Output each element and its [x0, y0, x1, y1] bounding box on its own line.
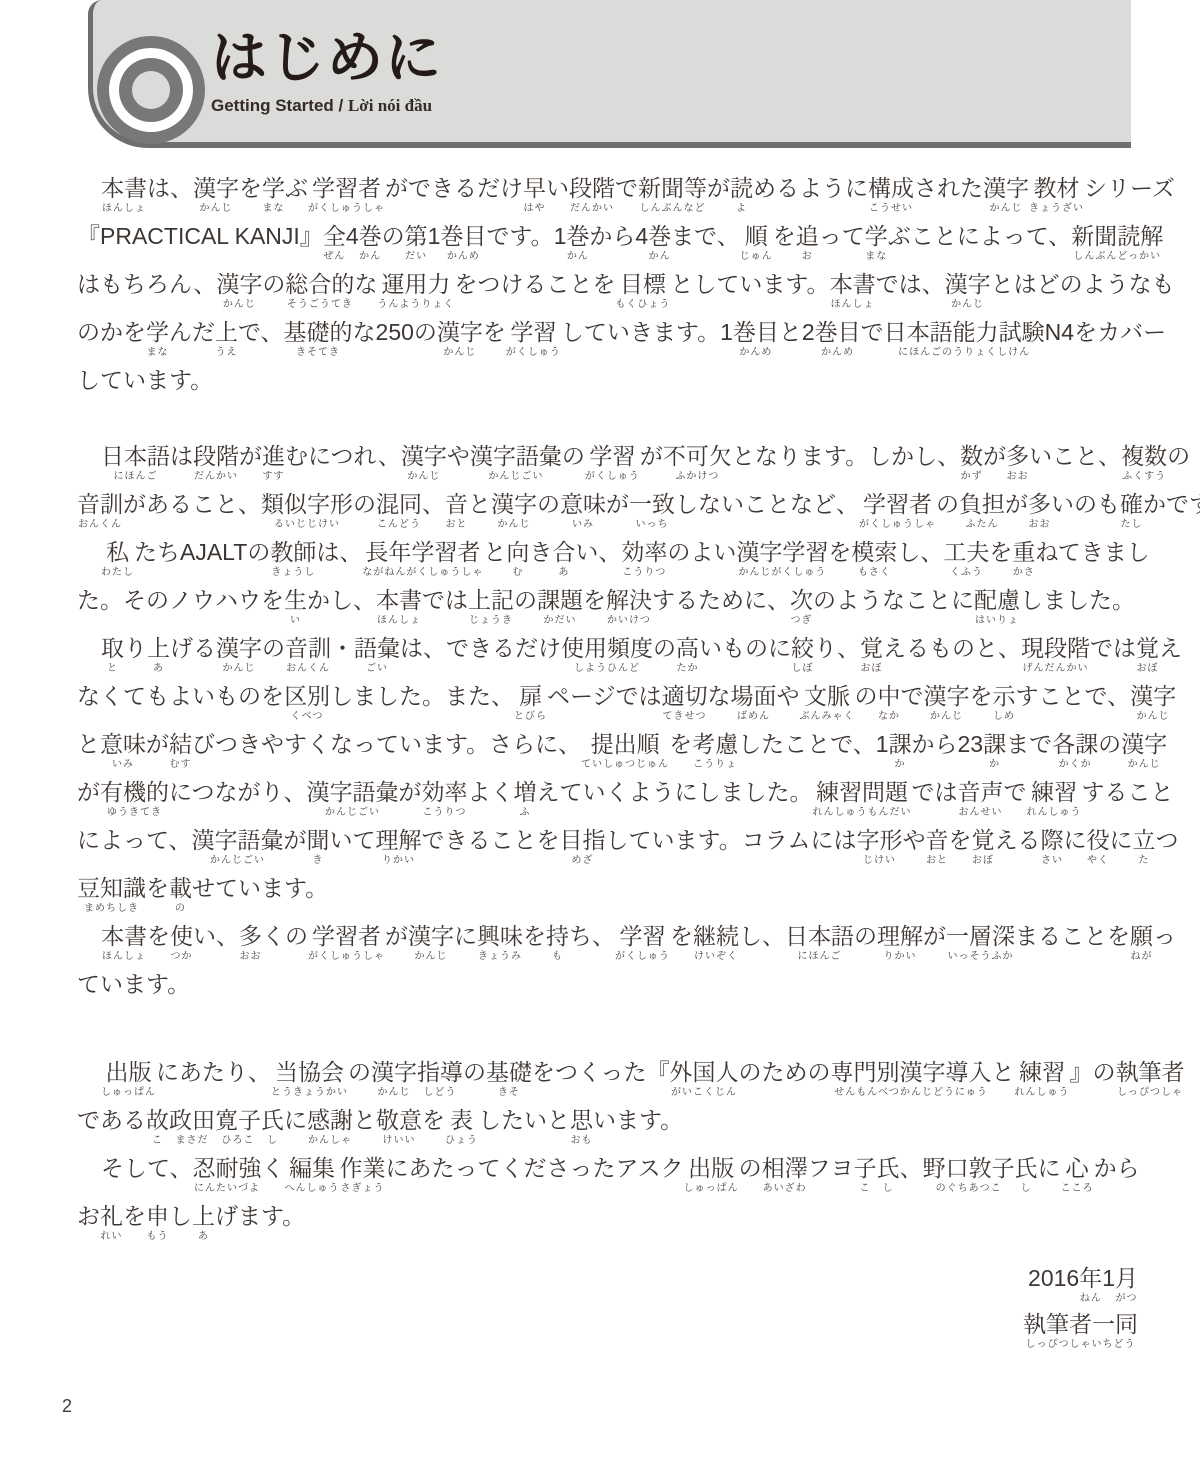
text-line: のかを学まなんだ上うえで、基礎的きそてきな250の漢字かんじを学習がくしゅうして… — [77, 318, 1142, 366]
ruby-segment: 漢字かんじ — [983, 174, 1029, 214]
text-segment: や — [777, 682, 800, 710]
text-segment: げる — [170, 634, 216, 662]
ruby-segment: 漢字学習かんじがくしゅう — [736, 538, 828, 578]
ruby-segment: 合あ — [552, 538, 575, 578]
text-segment: って — [819, 222, 865, 250]
ruby-segment: 混同こんどう — [376, 490, 422, 530]
ruby-segment: 課か — [889, 730, 912, 770]
text-segment: は、 — [316, 538, 362, 566]
text-segment: 、 — [900, 1154, 923, 1182]
ruby-segment: 適切てきせつ — [662, 682, 708, 722]
text-segment: と2 — [779, 318, 815, 346]
ruby-segment: 年ねん — [1079, 1264, 1102, 1304]
text-segment: では — [422, 586, 468, 614]
ruby-segment: 音おと — [445, 490, 468, 530]
text-segment: い、 — [193, 922, 239, 950]
page-title: はじめに — [211, 28, 443, 88]
text-segment: しました。また、 — [330, 682, 514, 710]
text-segment: です。1 — [486, 222, 566, 250]
text-segment: お — [77, 1202, 100, 1230]
text-line: 日本語にほんごは段階だんかいが進すすむにつれ、漢字かんじや漢字語彙かんじごいの学… — [77, 442, 1142, 490]
text-segment: を — [670, 922, 693, 950]
ruby-segment: 区別くべつ — [284, 682, 330, 722]
ruby-segment: 学習がくしゅう — [506, 318, 561, 358]
ruby-segment: 現段階げんだんかい — [1021, 634, 1090, 674]
ruby-segment: 編集へんしゅう — [285, 1154, 340, 1194]
ruby-segment: 上あ — [147, 634, 170, 674]
text-segment: が — [640, 442, 663, 470]
ruby-segment: 氏し — [877, 1154, 900, 1194]
text-segment: な — [708, 682, 731, 710]
text-segment: の — [514, 586, 537, 614]
text-segment: の — [382, 222, 405, 250]
ruby-segment: 中なか — [878, 682, 901, 722]
ruby-segment: 巻かん — [566, 222, 589, 262]
text-line: によって、漢字語彙かんじごいが聞きいて理解りかいできることを目指めざしています。… — [77, 826, 1142, 874]
ruby-segment: 漢字かんじ — [371, 1058, 417, 1098]
ruby-segment: 文脈ぶんみゃく — [800, 682, 855, 722]
ruby-segment: 巻かん — [648, 222, 671, 262]
ruby-segment: 確たし — [1120, 490, 1143, 530]
ruby-segment: 早はや — [523, 174, 546, 214]
text-line: 2016年ねん1月がつ — [77, 1264, 1138, 1310]
text-segment: したいと — [478, 1106, 570, 1134]
ruby-segment: 意味いみ — [560, 490, 606, 530]
text-segment: のよい — [667, 538, 736, 566]
text-line: 本書ほんしょは、漢字かんじを学まなぶ学習者がくしゅうしゃができるだけ早はやい段階… — [77, 174, 1142, 222]
ruby-segment: 取と — [101, 634, 124, 674]
text-segment: の — [353, 490, 376, 518]
text-segment: で — [901, 682, 924, 710]
text-segment: むにつれ、 — [285, 442, 401, 470]
ruby-segment: 本書ほんしょ — [101, 174, 147, 214]
ruby-segment: 追お — [796, 222, 819, 262]
ruby-segment: 巻目かんめ — [815, 318, 861, 358]
ruby-segment: 漢字かんじ — [408, 922, 454, 962]
ruby-segment: 示しめ — [993, 682, 1016, 722]
text-segment: を — [989, 538, 1012, 566]
ruby-segment: 上記じょうき — [468, 586, 514, 626]
ruby-segment: 漢字語彙かんじごい — [192, 826, 284, 866]
text-line: なくてもよいものを区別くべつしました。また、扉とびらページでは適切てきせつな場面… — [77, 682, 1142, 730]
ruby-segment: 長年学習者ながねんがくしゅうしゃ — [362, 538, 483, 578]
ruby-segment: 漢字かんじ — [945, 270, 991, 310]
text-segment: を — [828, 538, 851, 566]
text-segment: にあたってくださったアスク — [386, 1154, 684, 1182]
text-segment: が — [983, 442, 1006, 470]
ruby-segment: 目標もくひょう — [615, 270, 670, 310]
ruby-segment: 新聞等しんぶんなど — [638, 174, 707, 214]
ruby-segment: 向む — [506, 538, 529, 578]
ruby-segment: 礼れい — [100, 1202, 123, 1242]
text-line: 本書ほんしょを使つかい、多おおくの学習者がくしゅうしゃが漢字かんじに興味きょうみ… — [77, 922, 1142, 970]
text-segment: 4 — [346, 222, 359, 250]
text-segment: の — [653, 634, 676, 662]
ruby-segment: 運用力うんようりょく — [377, 270, 454, 310]
text-segment: くの — [262, 922, 308, 950]
text-segment: を — [422, 1106, 445, 1134]
text-segment: し、 — [897, 538, 943, 566]
ruby-segment: 作業さぎょう — [340, 1154, 386, 1194]
text-segment: の — [855, 682, 878, 710]
ruby-segment: 複数ふくすう — [1121, 442, 1167, 482]
text-segment: は、できるだけ — [400, 634, 561, 662]
text-segment: しないことなど、 — [675, 490, 859, 518]
ruby-segment: 漢字かんじ — [1130, 682, 1176, 722]
text-segment: 』の — [1070, 1058, 1116, 1086]
ruby-segment: 本書ほんしょ — [101, 922, 147, 962]
ruby-segment: 外国人がいこくじん — [670, 1058, 739, 1098]
ruby-segment: 一層深いっそうふか — [946, 922, 1015, 962]
ruby-segment: 巻かん — [359, 222, 382, 262]
text-line: お礼れいを申もうし上あげます。 — [77, 1202, 1142, 1250]
text-segment: っ — [1153, 922, 1176, 950]
text-segment: を — [669, 730, 692, 758]
text-segment: から23 — [912, 730, 984, 758]
text-segment: の — [562, 442, 585, 470]
ruby-segment: 目指めざ — [560, 826, 606, 866]
text-segment: よく — [468, 778, 514, 806]
ruby-segment: 継続けいぞく — [693, 922, 739, 962]
ruby-segment: 日本語にほんご — [785, 922, 854, 962]
text-segment: が — [284, 826, 307, 854]
text-segment: N4をカバー — [1045, 318, 1166, 346]
text-line: た。そのノウハウを生いかし、本書ほんしょでは上記じょうきの課題かだいを解決かいけ… — [77, 586, 1142, 634]
text-segment: を — [523, 922, 546, 950]
text-segment: で — [615, 174, 638, 202]
double-circle-icon — [97, 36, 205, 144]
text-segment: が — [923, 922, 946, 950]
text-segment: に — [1063, 826, 1086, 854]
text-segment: な — [354, 270, 377, 298]
ruby-segment: 全ぜん — [323, 222, 346, 262]
ruby-segment: 教師きょうし — [270, 538, 316, 578]
ruby-segment: 思おも — [570, 1106, 593, 1146]
ruby-segment: 氏し — [261, 1106, 284, 1146]
ruby-segment: 解決かいけつ — [606, 586, 652, 626]
text-segment: しています。 — [77, 366, 213, 394]
text-segment: を — [146, 874, 169, 902]
ruby-segment: 学習がくしゅう — [585, 442, 640, 482]
ruby-segment: 学まな — [262, 174, 285, 214]
text-segment: が — [385, 922, 408, 950]
text-segment: います。 — [593, 1106, 683, 1134]
text-segment: があること、 — [123, 490, 261, 518]
text-segment: が — [146, 730, 169, 758]
ruby-segment: 上うえ — [215, 318, 238, 358]
ruby-segment: 提出順ていしゅつじゅん — [581, 730, 669, 770]
ruby-segment: 漢字かんじ — [193, 174, 239, 214]
ruby-segment: 増ふ — [514, 778, 537, 818]
ruby-segment: 扉とびら — [514, 682, 547, 722]
text-segment: である — [77, 1106, 146, 1134]
text-segment: では — [912, 778, 958, 806]
ruby-segment: 結むす — [169, 730, 192, 770]
ruby-segment: 政田まさだ — [169, 1106, 215, 1146]
double-circle-icon-white-ring — [109, 48, 193, 132]
text-line: 出版しゅっぱんにあたり、当協会とうきょうかいの漢字かんじ指導しどうの基礎きそをつ… — [77, 1058, 1142, 1106]
ruby-segment: 漢字かんじ — [437, 318, 483, 358]
ruby-segment: 読よ — [730, 174, 753, 214]
text-segment: できることを — [422, 826, 560, 854]
paragraph-acknowledgement-masada: 出版しゅっぱんにあたり、当協会とうきょうかいの漢字かんじ指導しどうの基礎きそをつ… — [77, 1058, 1142, 1154]
text-segment: を — [773, 222, 796, 250]
ruby-segment: 多おお — [239, 922, 262, 962]
subtitle-english: Getting Started / — [211, 96, 348, 115]
text-segment: としています。 — [670, 270, 829, 298]
ruby-segment: 表ひょう — [445, 1106, 478, 1146]
text-segment: の — [537, 490, 560, 518]
text-segment: と — [77, 730, 100, 758]
text-segment: まることを — [1015, 922, 1130, 950]
text-segment: かし、 — [307, 586, 376, 614]
text-segment: 1 — [1102, 1264, 1115, 1292]
ruby-segment: 構成こうせい — [868, 174, 914, 214]
ruby-segment: 感謝かんしゃ — [307, 1106, 353, 1146]
ruby-segment: 各課かくか — [1052, 730, 1098, 770]
text-segment: に — [1109, 826, 1132, 854]
text-line: 取とり上あげる漢字かんじの音訓おんくん・語彙ごいは、できるだけ使用頻度しようひん… — [77, 634, 1142, 682]
text-segment: と — [353, 1106, 376, 1134]
text-segment: いこと、 — [1029, 442, 1121, 470]
ruby-segment: 字形じけい — [856, 826, 902, 866]
text-segment: げます。 — [215, 1202, 305, 1230]
ruby-segment: 学まな — [865, 222, 888, 262]
ruby-segment: 一致いっち — [629, 490, 675, 530]
ruby-segment: 考慮こうりょ — [692, 730, 738, 770]
ruby-segment: 覚おぼ — [1136, 634, 1159, 674]
text-line: ています。 — [77, 970, 1142, 1018]
text-segment: を — [583, 586, 606, 614]
text-segment: から4 — [589, 222, 648, 250]
ruby-segment: 漢字かんじ — [216, 270, 262, 310]
text-segment: し — [169, 1202, 192, 1230]
text-segment: しました。 — [1020, 586, 1135, 614]
text-segment: すことで、 — [1016, 682, 1131, 710]
text-segment: の — [262, 270, 285, 298]
double-circle-icon-inner-ring — [119, 58, 183, 122]
ruby-segment: 出版しゅっぱん — [101, 1058, 156, 1098]
ruby-segment: 漢字かんじ — [216, 634, 262, 674]
date-line: 2016年ねん1月がつ — [77, 1264, 1138, 1310]
ruby-segment: 進すす — [262, 442, 285, 482]
ruby-segment: 練習れんしゅう — [1027, 778, 1082, 818]
ruby-segment: 学習がくしゅう — [615, 922, 670, 962]
text-segment: な250の — [353, 318, 437, 346]
ruby-segment: 工夫くふう — [943, 538, 989, 578]
ruby-segment: 音訓おんくん — [77, 490, 123, 530]
ruby-segment: 総合的そうごうてき — [285, 270, 354, 310]
ruby-segment: 際さい — [1040, 826, 1063, 866]
double-circle-icon-core — [132, 71, 170, 109]
ruby-segment: 漢字かんじ — [491, 490, 537, 530]
ruby-segment: 本書ほんしょ — [376, 586, 422, 626]
text-segment: の — [739, 1154, 762, 1182]
ruby-segment: 重かさ — [1012, 538, 1035, 578]
text-segment: えていくようにしました。 — [537, 778, 813, 806]
text-segment: ぶことによって、 — [888, 222, 1072, 250]
text-segment: とはどのようなも — [991, 270, 1175, 298]
text-segment: めるように — [753, 174, 868, 202]
ruby-segment: 漢字語彙かんじごい — [470, 442, 562, 482]
text-segment: ができるだけ — [385, 174, 523, 202]
text-segment: は — [170, 442, 193, 470]
text-segment: いのも — [1051, 490, 1120, 518]
ruby-segment: 寛子ひろこ — [215, 1106, 261, 1146]
text-segment: たちAJALTの — [134, 538, 270, 566]
ruby-segment: 聞き — [307, 826, 330, 866]
text-segment: いて — [330, 826, 376, 854]
text-segment: い — [546, 174, 569, 202]
text-segment: や — [447, 442, 470, 470]
ruby-segment: 段階だんかい — [569, 174, 615, 214]
ruby-segment: 漢字語彙かんじごい — [307, 778, 399, 818]
document-page: はじめに Getting Started / Lời nói đầu 本書ほんし… — [0, 0, 1200, 1468]
text-segment: んだ — [169, 318, 215, 346]
text-segment: 1 — [428, 222, 441, 250]
text-segment: の — [936, 490, 959, 518]
text-segment: で — [1004, 778, 1027, 806]
ruby-segment: 基礎的きそてき — [284, 318, 353, 358]
text-segment: で、 — [238, 318, 284, 346]
text-segment: え — [1159, 634, 1182, 662]
text-segment: するために、 — [652, 586, 790, 614]
ruby-segment: 忍耐強にんたいづよ — [193, 1154, 262, 1194]
text-segment: していきます。1 — [561, 318, 733, 346]
text-segment: や — [902, 826, 925, 854]
text-line: である故こ政田まさだ寛子ひろこ氏しに感謝かんしゃと敬意けいいを表ひょうしたいと思… — [77, 1106, 1142, 1154]
text-segment: かです。 — [1143, 490, 1200, 518]
ruby-segment: 執筆者一同しっぴつしゃいちどう — [1023, 1310, 1138, 1350]
page-number: 2 — [62, 1396, 72, 1417]
ruby-segment: 執筆者しっぴつしゃ — [1116, 1058, 1185, 1098]
signature-line: 執筆者一同しっぴつしゃいちどう — [77, 1310, 1138, 1356]
text-segment: まで — [1006, 730, 1052, 758]
ruby-segment: 絞しぼ — [791, 634, 814, 674]
ruby-segment: 漢字かんじ — [1121, 730, 1167, 770]
text-segment: すること — [1082, 778, 1174, 806]
ruby-segment: 不可欠ふかけつ — [663, 442, 732, 482]
ruby-segment: 私わたし — [101, 538, 134, 578]
text-line: が有機的ゆうきてきにつながり、漢字語彙かんじごいが効率こうりつよく増ふえていくよ… — [77, 778, 1142, 826]
text-segment: し、 — [739, 922, 785, 950]
text-segment: を — [483, 318, 506, 346]
ruby-segment: 有機的ゆうきてき — [100, 778, 169, 818]
ruby-segment: 巻目かんめ — [733, 318, 779, 358]
ruby-segment: 配慮はいりょ — [974, 586, 1020, 626]
text-segment: のための — [739, 1058, 831, 1086]
ruby-segment: 語彙ごい — [354, 634, 400, 674]
text-segment: と — [468, 490, 491, 518]
text-segment: が — [399, 778, 422, 806]
ruby-segment: 練習れんしゅう — [1015, 1058, 1070, 1098]
ruby-segment: 理解りかい — [877, 922, 923, 962]
text-segment: えるものと、 — [883, 634, 1021, 662]
ruby-segment: 出版しゅっぱん — [684, 1154, 739, 1194]
text-segment: が — [1005, 490, 1028, 518]
text-segment: 『PRACTICAL KANJI』 — [77, 222, 323, 250]
text-segment: された — [914, 174, 983, 202]
ruby-segment: 相澤あいざわ — [762, 1154, 808, 1194]
ruby-segment: 当協会とうきょうかい — [271, 1058, 348, 1098]
ruby-segment: 理解りかい — [376, 826, 422, 866]
text-segment: フヨ — [808, 1154, 854, 1182]
ruby-segment: 野口敦子のぐちあつこ — [923, 1154, 1015, 1194]
subtitle-vietnamese: Lời nói đầu — [348, 96, 432, 115]
ruby-segment: 次つぎ — [790, 586, 813, 626]
ruby-segment: 学まな — [146, 318, 169, 358]
text-segment: では — [1090, 634, 1136, 662]
ruby-segment: 学習者がくしゅうしゃ — [308, 922, 385, 962]
text-segment: そして、 — [101, 1154, 193, 1182]
ruby-segment: 類似字形るいじじけい — [261, 490, 353, 530]
ruby-segment: 新聞読解しんぶんどっかい — [1071, 222, 1163, 262]
text-line: 音訓おんくんがあること、類似字形るいじじけいの混同こんどう、音おとと漢字かんじの… — [77, 490, 1142, 538]
ruby-segment: 巻目かんめ — [440, 222, 486, 262]
text-segment: える — [994, 826, 1040, 854]
text-segment: を — [948, 826, 971, 854]
text-segment: まで、 — [671, 222, 740, 250]
text-segment: 2016 — [1028, 1264, 1079, 1292]
text-segment: ています。 — [77, 970, 190, 998]
text-segment: を — [970, 682, 993, 710]
ruby-segment: 上あ — [192, 1202, 215, 1242]
ruby-segment: 心こころ — [1061, 1154, 1094, 1194]
ruby-segment: 願ねが — [1130, 922, 1153, 962]
text-segment: り、 — [814, 634, 860, 662]
ruby-segment: 氏し — [1015, 1154, 1038, 1194]
text-segment: は、 — [147, 174, 193, 202]
ruby-segment: 立た — [1132, 826, 1155, 866]
ruby-segment: 教材きょうざい — [1029, 174, 1084, 214]
text-segment: つ — [1155, 826, 1178, 854]
paragraph-hope: 本書ほんしょを使つかい、多おおくの学習者がくしゅうしゃが漢字かんじに興味きょうみ… — [77, 922, 1142, 1018]
text-segment: にあたり、 — [156, 1058, 271, 1086]
ruby-segment: 音訓おんくん — [285, 634, 331, 674]
paragraph-ajalt: 私わたしたちAJALTの教師きょうしは、長年学習者ながねんがくしゅうしゃと向むき… — [77, 538, 1142, 634]
text-segment: と — [483, 538, 506, 566]
ruby-segment: 使用頻度しようひんど — [561, 634, 653, 674]
text-segment: と — [992, 1058, 1015, 1086]
text-segment: の — [348, 1058, 371, 1086]
paragraph-approach: 取とり上あげる漢字かんじの音訓おんくん・語彙ごいは、できるだけ使用頻度しようひん… — [77, 634, 1142, 922]
ruby-segment: 申もう — [146, 1202, 169, 1242]
ruby-segment: 第だい — [405, 222, 428, 262]
text-segment: せています。 — [192, 874, 328, 902]
text-segment: た。そのノウハウを — [77, 586, 284, 614]
ruby-segment: 載の — [169, 874, 192, 914]
ruby-segment: 効率こうりつ — [422, 778, 468, 818]
text-segment: ・ — [331, 634, 354, 662]
ruby-segment: 覚おぼ — [971, 826, 994, 866]
text-segment: ページでは — [547, 682, 662, 710]
ruby-segment: 生い — [284, 586, 307, 626]
paragraph-intro: 本書ほんしょは、漢字かんじを学まなぶ学習者がくしゅうしゃができるだけ早はやい段階… — [77, 174, 1142, 414]
text-line: はもちろん、漢字かんじの総合的そうごうてきな運用力うんようりょくをつけることを目… — [77, 270, 1142, 318]
ruby-segment: 音声おんせい — [958, 778, 1004, 818]
text-segment: を — [239, 174, 262, 202]
text-segment: の — [463, 1058, 486, 1086]
text-segment: の — [1167, 442, 1190, 470]
paragraph-acknowledgement-editors: そして、忍耐強にんたいづよく編集へんしゅう作業さぎょうにあたってくださったアスク… — [77, 1154, 1142, 1250]
ruby-segment: 数かず — [960, 442, 983, 482]
text-segment: が — [239, 442, 262, 470]
ruby-segment: 使つか — [170, 922, 193, 962]
text-segment: はもちろん、 — [77, 270, 216, 298]
text-segment: をつけることを — [454, 270, 615, 298]
text-segment: シリーズ — [1084, 174, 1175, 202]
ruby-segment: 学習者がくしゅうしゃ — [859, 490, 936, 530]
